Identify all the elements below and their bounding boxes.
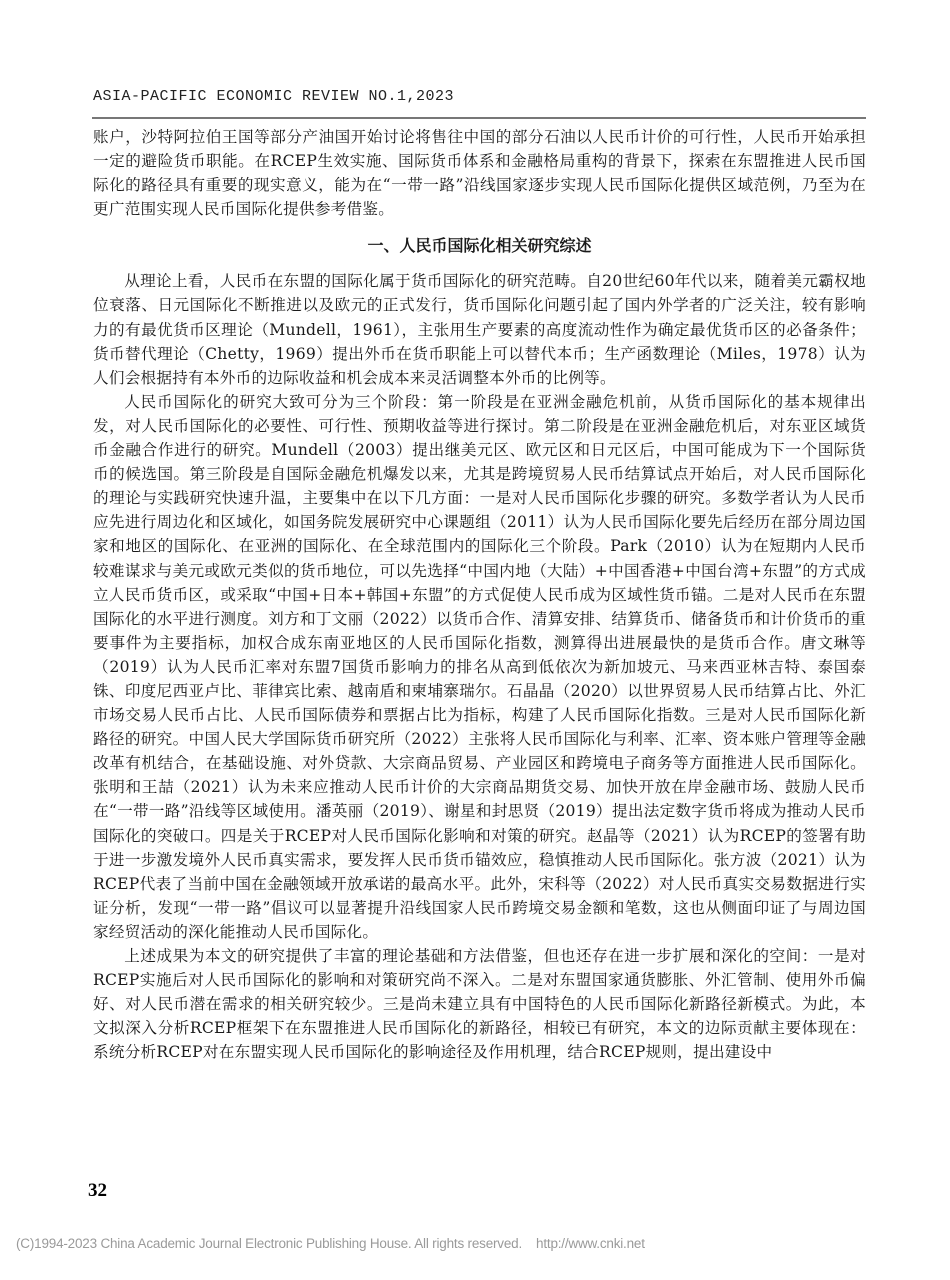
header-divider	[92, 117, 866, 119]
section-heading: 一、人民币国际化相关研究综述	[93, 235, 866, 257]
page-number: 32	[88, 1180, 107, 1202]
article-body: 账户，沙特阿拉伯王国等部分产油国开始讨论将售往中国的部分石油以人民币计价的可行性…	[93, 125, 866, 1064]
body-paragraph: 上述成果为本文的研究提供了丰富的理论基础和方法借鉴，但也还存在进一步扩展和深化的…	[93, 944, 866, 1064]
body-paragraph: 从理论上看，人民币在东盟的国际化属于货币国际化的研究范畴。自20世纪60年代以来…	[93, 269, 866, 389]
cnki-url[interactable]: http://www.cnki.net	[536, 1236, 645, 1251]
copyright-text: (C)1994-2023 China Academic Journal Elec…	[16, 1236, 522, 1251]
copyright-notice: (C)1994-2023 China Academic Journal Elec…	[16, 1236, 645, 1251]
intro-paragraph: 账户，沙特阿拉伯王国等部分产油国开始讨论将售往中国的部分石油以人民币计价的可行性…	[93, 125, 866, 221]
journal-running-head: ASIA-PACIFIC ECONOMIC REVIEW NO.1,2023	[93, 88, 866, 105]
body-paragraph: 人民币国际化的研究大致可分为三个阶段：第一阶段是在亚洲金融危机前，从货币国际化的…	[93, 390, 866, 944]
